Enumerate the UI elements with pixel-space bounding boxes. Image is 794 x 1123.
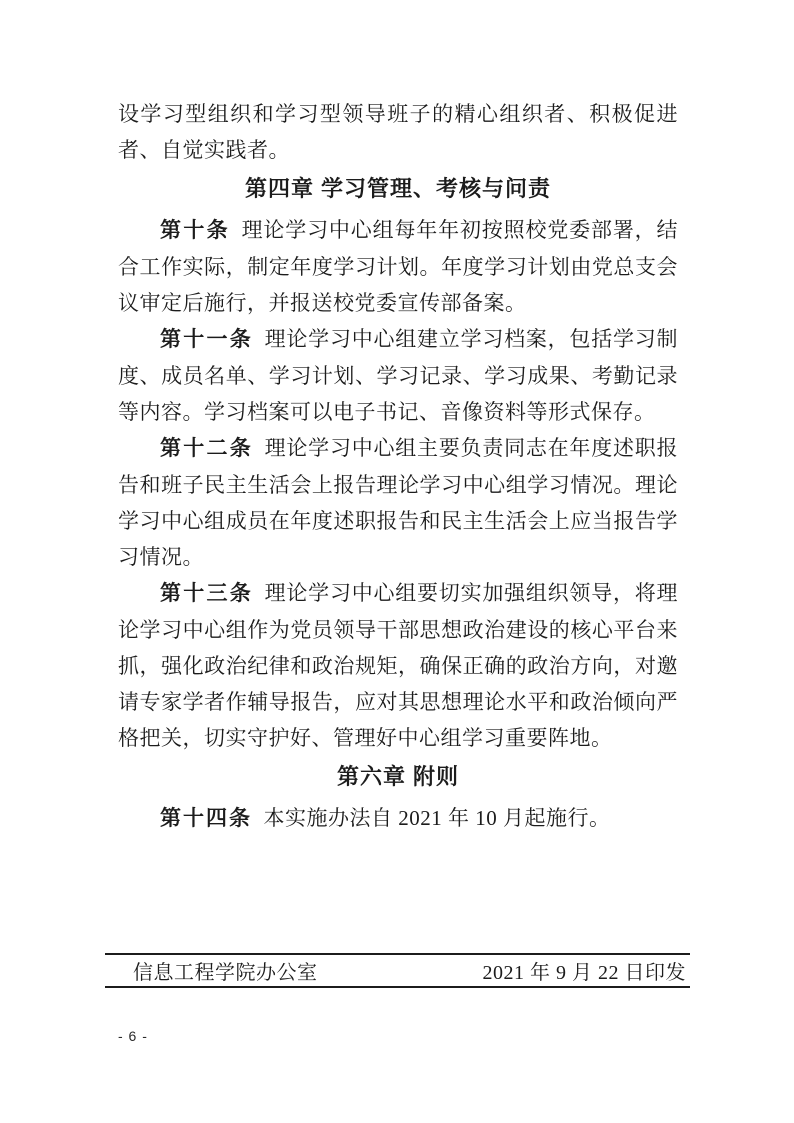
page-number: - 6 - [118, 1028, 148, 1044]
article-11-paragraph: 第十一条理论学习中心组建立学习档案，包括学习制度、成员名单、学习计划、学习记录、… [118, 321, 678, 430]
article-13-text: 理论学习中心组要切实加强组织领导，将理论学习中心组作为党员领导干部思想政治建设的… [118, 581, 678, 750]
chapter-6-heading: 第六章 附则 [118, 759, 678, 795]
article-11-number: 第十一条 [160, 328, 253, 351]
article-10-paragraph: 第十条理论学习中心组每年年初按照校党委部署，结合工作实际，制定年度学习计划。年度… [118, 212, 678, 321]
article-10-number: 第十条 [160, 219, 230, 242]
article-12-number: 第十二条 [160, 437, 253, 460]
article-13-number: 第十三条 [160, 582, 253, 605]
article-14-text: 本实施办法自 2021 年 10 月起施行。 [264, 806, 611, 830]
footer-issuing-office: 信息工程学院办公室 [105, 956, 318, 985]
document-body: 设学习型组织和学习型领导班子的精心组织者、积极促进者、自觉实践者。 第四章 学习… [118, 96, 678, 837]
footer-print-date: 2021 年 9 月 22 日印发 [483, 956, 691, 985]
article-14-number: 第十四条 [160, 807, 252, 830]
article-13-paragraph: 第十三条理论学习中心组要切实加强组织领导，将理论学习中心组作为党员领导干部思想政… [118, 575, 678, 756]
article-12-paragraph: 第十二条理论学习中心组主要负责同志在年度述职报告和班子民主生活会上报告理论学习中… [118, 430, 678, 575]
article-14-paragraph: 第十四条本实施办法自 2021 年 10 月起施行。 [118, 800, 678, 837]
footer-ruled-bar: 信息工程学院办公室 2021 年 9 月 22 日印发 [105, 953, 690, 988]
document-page: 设学习型组织和学习型领导班子的精心组织者、积极促进者、自觉实践者。 第四章 学习… [0, 0, 794, 1123]
chapter-4-heading: 第四章 学习管理、考核与问责 [118, 171, 678, 207]
continuation-paragraph: 设学习型组织和学习型领导班子的精心组织者、积极促进者、自觉实践者。 [118, 96, 678, 168]
